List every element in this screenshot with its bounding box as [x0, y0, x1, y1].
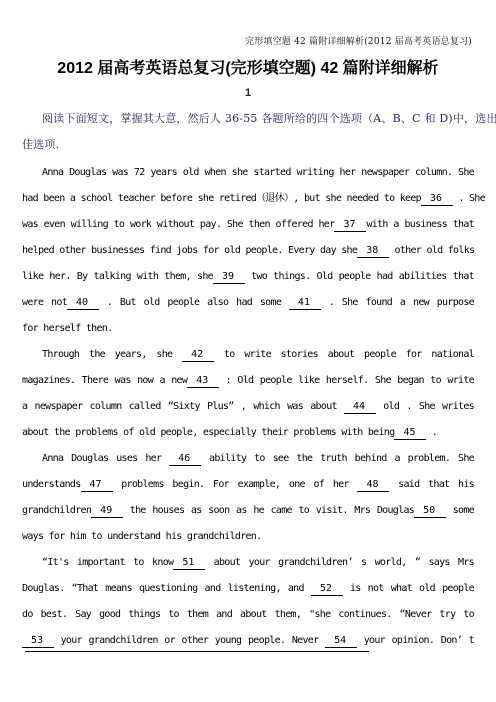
text-line: ways for him to understand his grandchil…: [22, 524, 474, 550]
paragraph: Anna Douglas uses her 46 ability to see …: [22, 446, 474, 550]
cloze-blank: 38: [357, 245, 389, 258]
text-line: Anna Douglas was 72 years old when she s…: [22, 160, 474, 186]
text-line: about the problems of old people, especi…: [22, 420, 474, 446]
page-title: 2012 届高考英语总复习(完形填空题) 42 篇附详细解析: [10, 55, 486, 78]
cloze-passage: Anna Douglas was 72 years old when she s…: [22, 160, 474, 654]
text-line: like her. By talking with them, she39 tw…: [22, 264, 474, 290]
header-note: 完形填空题 42 篇附详细解析(2012 届高考英语总复习): [0, 0, 496, 47]
cloze-blank: 45: [394, 427, 426, 440]
text-line: helped other businesses find jobs for ol…: [22, 238, 474, 264]
cloze-blank: 43: [187, 375, 219, 388]
paragraph: Anna Douglas was 72 years old when she s…: [22, 160, 474, 342]
cloze-blank: 50: [414, 505, 446, 518]
text-line: do best. Say good things to them and abo…: [22, 602, 474, 628]
cloze-blank: 39: [213, 271, 245, 284]
text-line: had been a school teacher before she ret…: [22, 186, 474, 212]
text-line: magazines. There was now a new43 : Old p…: [22, 368, 474, 394]
text-line: a newspaper column called “Sixty Plus” ,…: [22, 394, 474, 420]
cloze-blank: 40: [67, 297, 99, 310]
footer-divider: [25, 651, 369, 652]
cloze-blank: 46: [169, 453, 201, 466]
paragraph: Through the years, she 42 to write stori…: [22, 342, 474, 446]
text-line: for herself then.: [22, 316, 474, 342]
cloze-blank: 53: [22, 635, 54, 648]
instruction-paragraph: 阅读下面短文，掌握其大意，然后人 36-55 各题所给的四个选项（A、B、C 和…: [22, 106, 474, 158]
cloze-blank: 36: [421, 193, 453, 206]
cloze-blank: 52: [311, 583, 343, 596]
text-line: grandchildren49 the houses as soon as he…: [22, 498, 474, 524]
cloze-blank: 54: [325, 635, 357, 648]
text-line: 阅读下面短文，掌握其大意，然后人 36-55 各题所给的四个选项（A、B、C 和…: [22, 106, 474, 132]
cloze-blank: 47: [81, 479, 113, 492]
text-line: Through the years, she 42 to write stori…: [22, 342, 474, 368]
section-number: 1: [0, 87, 496, 99]
cloze-blank: 44: [344, 401, 376, 414]
cloze-blank: 37: [334, 219, 366, 232]
text-line: were not40 . But old people also had som…: [22, 290, 474, 316]
text-line: understands47 problems begin. For exampl…: [22, 472, 474, 498]
cloze-blank: 48: [357, 479, 389, 492]
text-line: Anna Douglas uses her 46 ability to see …: [22, 446, 474, 472]
cloze-blank: 41: [289, 297, 321, 310]
text-line: “It's important to know51 about your gra…: [22, 550, 474, 576]
paragraph: “It's important to know51 about your gra…: [22, 550, 474, 654]
text-line: was even willing to work without pay. Sh…: [22, 212, 474, 238]
text-line: Douglas. “That means questioning and lis…: [22, 576, 474, 602]
cloze-blank: 42: [182, 349, 214, 362]
document-page: 完形填空题 42 篇附详细解析(2012 届高考英语总复习) 2012 届高考英…: [0, 0, 496, 702]
cloze-blank: 51: [173, 557, 205, 570]
text-line: 佳选项.: [22, 132, 474, 158]
cloze-blank: 49: [91, 505, 123, 518]
